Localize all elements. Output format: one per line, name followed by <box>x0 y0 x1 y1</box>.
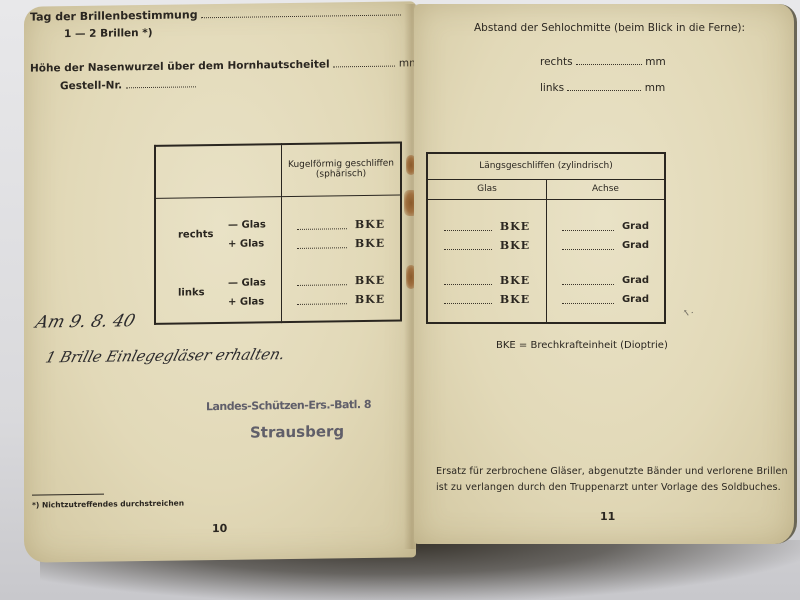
lens-label: — Glas <box>228 215 266 235</box>
stamp-town: Strausberg <box>250 422 344 441</box>
page-number-left: 10 <box>212 522 227 535</box>
achse-column-header: Achse <box>547 179 666 199</box>
pupil-left-row: links mm <box>540 82 665 94</box>
pupil-right-unit: mm <box>645 56 665 68</box>
side-label-rechts: rechts <box>178 229 228 241</box>
nose-height-input-line[interactable] <box>333 58 395 68</box>
pupil-left-label: links <box>540 82 564 94</box>
grad-input-line[interactable] <box>562 222 614 231</box>
date-label: Tag der Brillenbestimmung <box>30 8 198 23</box>
grad-input-line[interactable] <box>562 241 614 250</box>
cylindrical-header: Längsgeschliffen (zylindrisch) <box>427 153 665 179</box>
spherical-values-cell: BKE BKE BKE BKE <box>282 194 402 322</box>
pupil-left-unit: mm <box>645 82 665 94</box>
frame-no-label: Gestell-Nr. <box>60 79 122 92</box>
spherical-lens-table: Kugelförmig geschliffen (sphärisch) rech… <box>154 141 402 324</box>
glasses-count: 1 — 2 Brillen *) <box>64 27 153 40</box>
achse-values-cell: Grad Grad Grad Grad <box>547 199 666 323</box>
bke-input-line[interactable] <box>444 295 492 304</box>
bke-input-line[interactable] <box>444 241 492 250</box>
pencil-mark: ↖· <box>681 308 696 319</box>
side-label-links: links <box>178 287 228 299</box>
side-labels-cell: rechts — Glas + Glas links — Glas + Glas <box>155 196 282 324</box>
date-input-line[interactable] <box>201 6 401 18</box>
empty-header-cell <box>155 144 282 198</box>
date-field-row: Tag der Brillenbestimmung <box>30 5 401 23</box>
bke-input-line[interactable] <box>297 295 347 305</box>
bke-input-line[interactable] <box>297 220 347 230</box>
right-page: Abstand der Sehlochmitte (beim Blick in … <box>414 4 797 544</box>
frame-no-row: Gestell-Nr. <box>60 78 196 92</box>
grad-input-line[interactable] <box>562 276 614 285</box>
replacement-note-line2: ist zu verlangen durch den Truppenarzt u… <box>436 482 781 493</box>
spherical-header: Kugelförmig geschliffen (sphärisch) <box>282 142 402 196</box>
page-number-right: 11 <box>600 510 615 523</box>
bke-definition: BKE = Brechkrafteinheit (Dioptrie) <box>496 340 668 351</box>
pupil-left-input-line[interactable] <box>567 82 641 91</box>
lens-label: + Glas <box>228 292 266 312</box>
nose-height-label: Höhe der Nasenwurzel über dem Hornhautsc… <box>30 58 330 74</box>
bke-input-line[interactable] <box>444 276 492 285</box>
glas-column-header: Glas <box>427 179 547 199</box>
stamp-unit: Landes-Schützen-Ers.-Batl. 8 <box>206 398 371 413</box>
replacement-note-line1: Ersatz für zerbrochene Gläser, abgenutzt… <box>436 466 788 477</box>
lens-label: + Glas <box>228 234 266 254</box>
glas-values-cell: BKE BKE BKE BKE <box>427 199 547 323</box>
frame-no-input-line[interactable] <box>126 78 196 88</box>
pupil-right-label: rechts <box>540 56 573 68</box>
pupil-distance-label: Abstand der Sehlochmitte (beim Blick in … <box>474 22 745 34</box>
handwritten-date: Am 9. 8. 40 <box>33 311 137 332</box>
footnote-divider <box>32 494 104 496</box>
grad-input-line[interactable] <box>562 295 614 304</box>
cylindrical-lens-table: Längsgeschliffen (zylindrisch) Glas Achs… <box>426 152 666 324</box>
pupil-right-row: rechts mm <box>540 56 666 68</box>
lens-label: — Glas <box>228 273 266 293</box>
bke-input-line[interactable] <box>444 222 492 231</box>
left-page: Tag der Brillenbestimmung 1 — 2 Brillen … <box>24 1 416 562</box>
handwritten-note: 1 Brille Einlegegläser erhalten. <box>44 345 288 366</box>
nose-height-row: Höhe der Nasenwurzel über dem Hornhautsc… <box>30 57 419 74</box>
bke-input-line[interactable] <box>297 276 347 286</box>
bke-input-line[interactable] <box>297 239 347 249</box>
pupil-right-input-line[interactable] <box>576 56 642 65</box>
footnote: *) Nichtzutreffendes durchstreichen <box>32 499 184 510</box>
